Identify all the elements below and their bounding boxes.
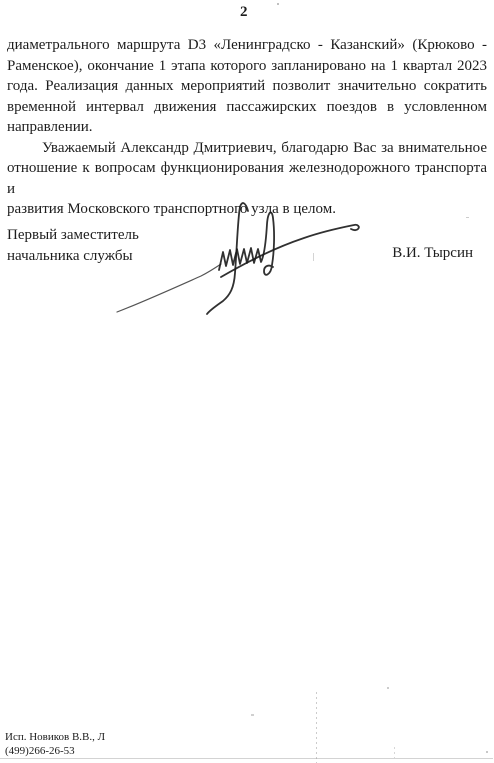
executor-footer: Исп. Новиков В.В., Л (499)266-26-53 [5, 731, 105, 758]
paragraph-line: отношение к вопросам функционирования же… [7, 158, 487, 199]
paragraph-line: Раменское), окончание 1 этапа которого з… [7, 56, 487, 77]
scan-artifact [394, 747, 395, 758]
paragraph-line: диаметрального маршрута D3 «Ленинградско… [7, 35, 487, 56]
scanned-letter-page: 2 диаметрального маршрута D3 «Ленинградс… [0, 0, 494, 763]
scan-artifact [251, 714, 254, 716]
paragraph-line: направлении. [7, 117, 487, 138]
paragraph-line: Уважаемый Александр Дмитриевич, благодар… [7, 138, 487, 159]
executor-name: Исп. Новиков В.В., Л [5, 731, 105, 745]
signer-name: В.И. Тырсин [392, 246, 473, 261]
scan-artifact [387, 687, 389, 689]
executor-phone: (499)266-26-53 [5, 745, 105, 759]
handwritten-signature-icon [98, 196, 370, 320]
scan-artifact [316, 692, 317, 763]
scan-artifact [486, 751, 488, 753]
page-number: 2 [0, 5, 488, 20]
paragraph-line: временной интервал движения пассажирских… [7, 97, 487, 118]
paragraph-line: года. Реализация данных мероприятий позв… [7, 76, 487, 97]
letter-body: диаметрального маршрута D3 «Ленинградско… [7, 35, 487, 220]
scan-edge-line [0, 758, 493, 759]
